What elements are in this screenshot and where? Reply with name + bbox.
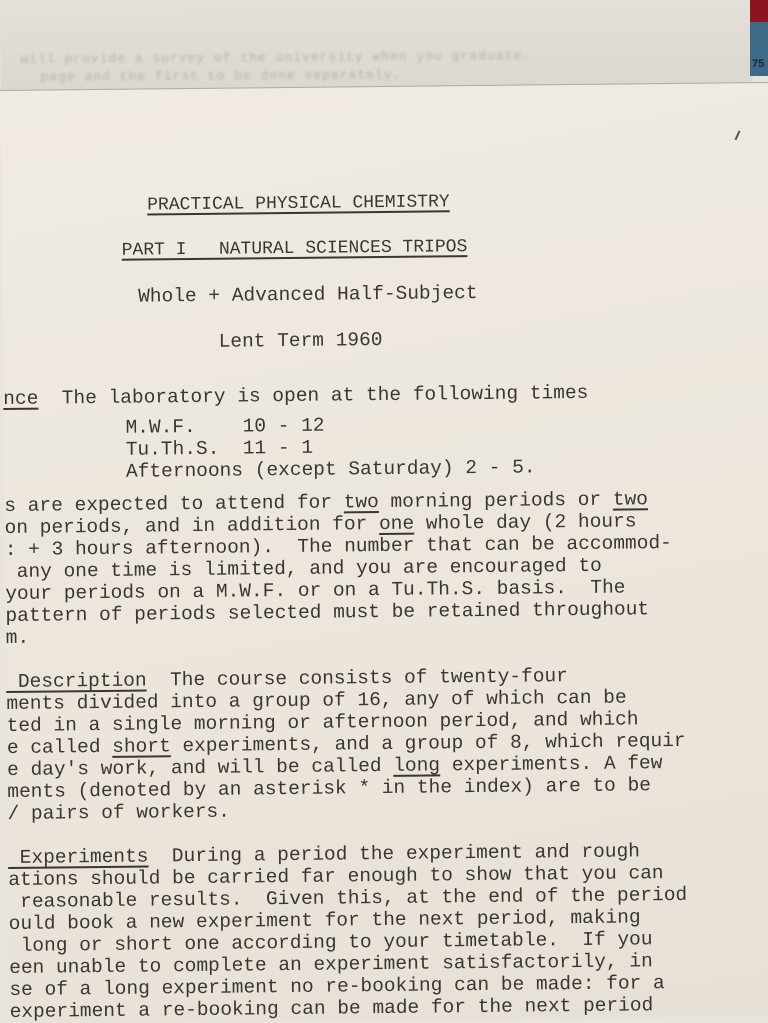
emphasis: short — [112, 735, 171, 758]
section-heading-attendance: nce — [3, 388, 38, 410]
text: experiments. A few — [440, 752, 663, 776]
time-days: Tu.Th.S. — [126, 438, 220, 461]
emphasis: two — [344, 491, 379, 513]
attendance-intro: nce The laboratory is open at the follow… — [3, 382, 588, 410]
subject-line: Whole + Advanced Half-Subject — [138, 282, 478, 308]
paragraph-line: / pairs of workers. — [7, 801, 230, 825]
document-page: PRACTICAL PHYSICAL CHEMISTRY PART I NATU… — [0, 82, 768, 1023]
document-subtitle: PART I NATURAL SCIENCES TRIPOS — [122, 236, 468, 262]
red-band — [750, 0, 768, 22]
time-hours: 11 - 1 — [243, 437, 313, 460]
time-hours: 2 - 5. — [465, 456, 535, 479]
book-number: 75 — [750, 22, 768, 76]
time-hours: 10 - 12 — [242, 415, 324, 438]
text: e called — [7, 736, 113, 759]
ghost-text: will provide a survey of the university … — [20, 48, 531, 67]
book-spine-edge: 75 — [750, 0, 768, 78]
emphasis: one — [379, 513, 414, 535]
time-row: Afternoons (except Saturday) 2 - 5. — [126, 456, 536, 482]
attendance-intro-text: The laboratory is open at the following … — [62, 382, 589, 410]
paragraph-line: m. — [6, 627, 30, 649]
pen-mark — [735, 130, 741, 140]
emphasis: long — [393, 754, 440, 776]
emphasis: two — [613, 488, 648, 510]
time-days: M.W.F. — [125, 416, 195, 439]
text: whole day (2 hours — [414, 510, 637, 534]
document-title: PRACTICAL PHYSICAL CHEMISTRY — [147, 191, 450, 216]
time-row: Tu.Th.S. 11 - 1 — [126, 437, 313, 461]
section-heading-description: Description — [6, 669, 147, 692]
time-row: M.W.F. 10 - 12 — [125, 415, 324, 439]
ghost-text: page and the first to be done separately… — [40, 67, 401, 85]
time-days: Afternoons (except Saturday) — [126, 457, 454, 482]
term-line: Lent Term 1960 — [219, 329, 383, 353]
text: morning periods or — [379, 489, 613, 513]
section-heading-experiments: Experiments — [8, 845, 149, 868]
background-sheet: will provide a survey of the university … — [0, 0, 753, 93]
